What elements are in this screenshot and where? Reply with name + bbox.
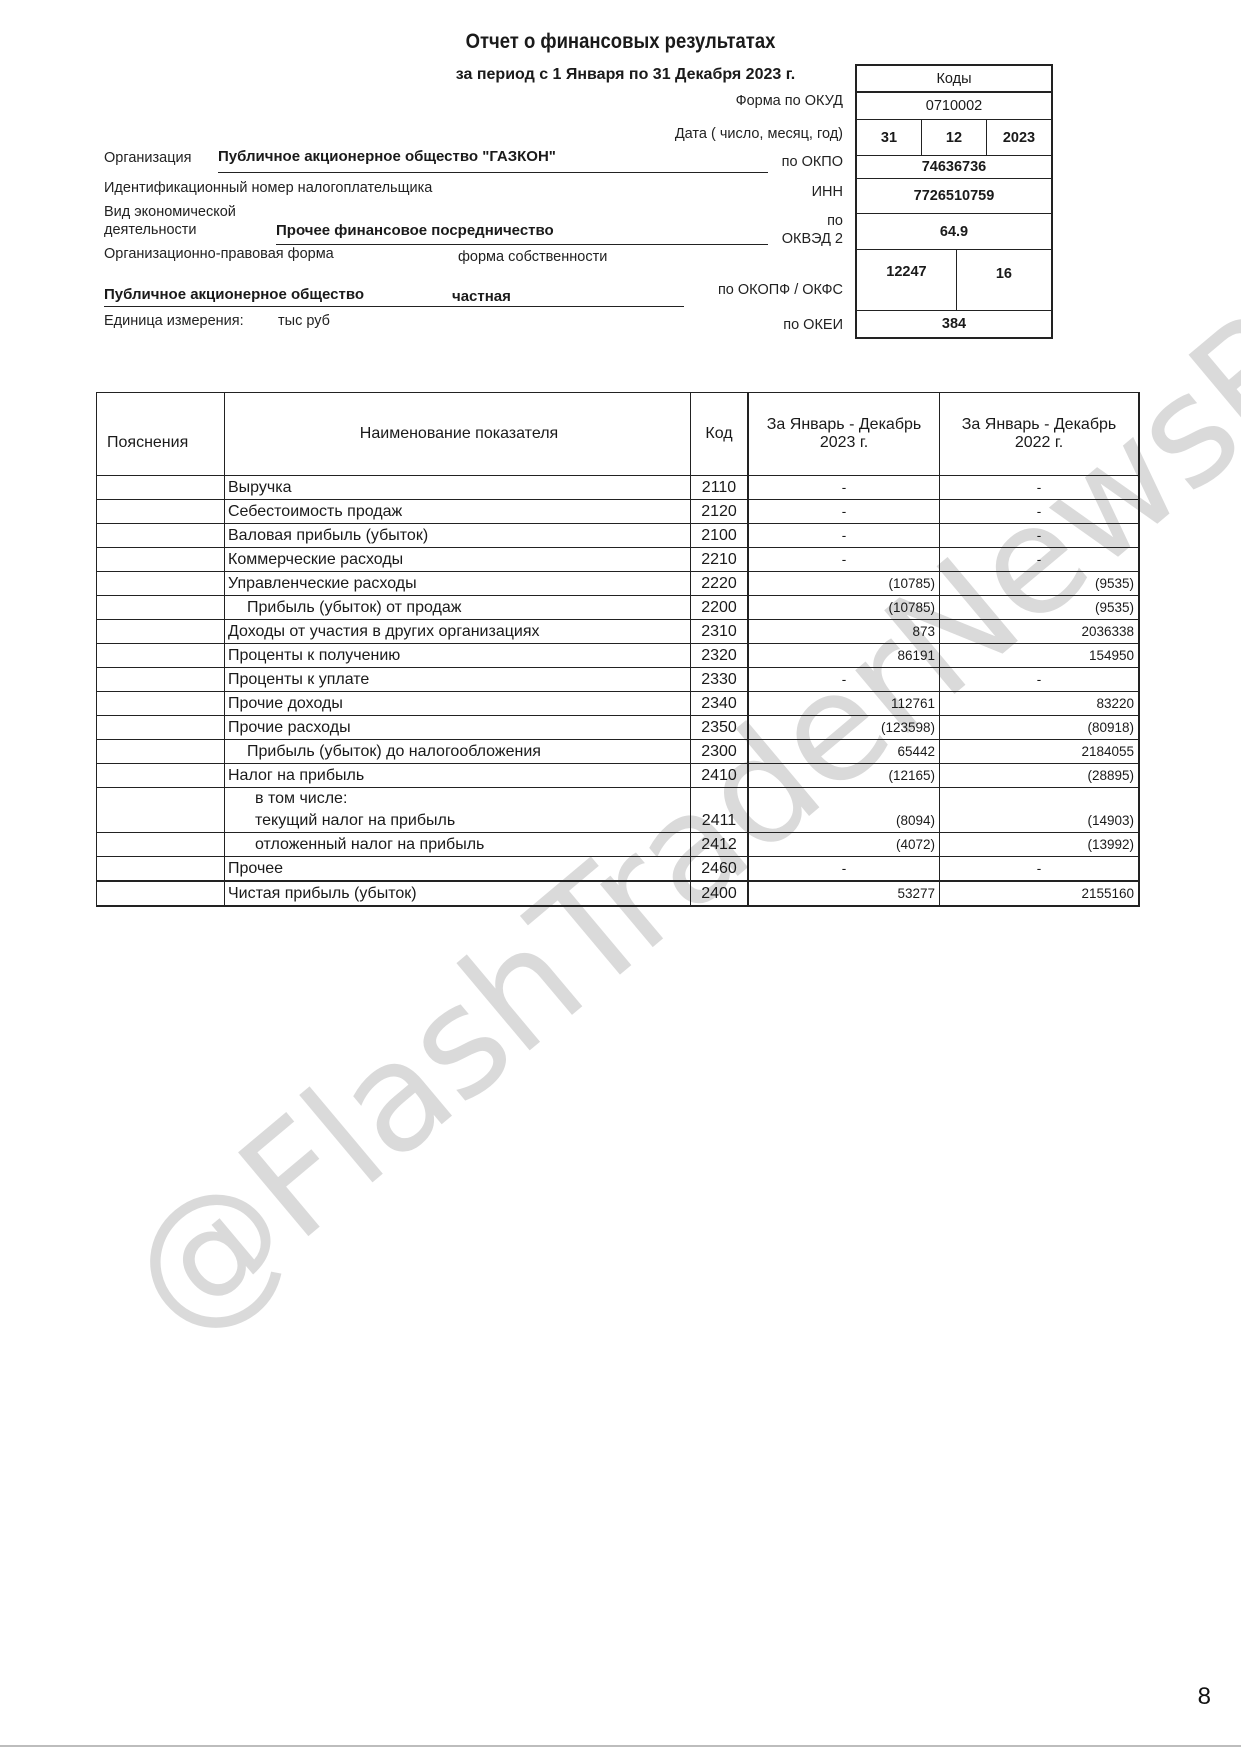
row-notes-cell <box>97 833 225 857</box>
inn-code: 7726510759 <box>857 179 1051 213</box>
row-indicator-name: Проценты к уплате <box>225 668 691 692</box>
row-indicator-name: Прочие расходы <box>225 716 691 740</box>
table-row: Прибыль (убыток) от продаж2200(10785)(95… <box>97 596 1140 620</box>
row-value-2022: - <box>940 857 1140 882</box>
row-value-2023: 112761 <box>748 692 940 716</box>
header-notes: Пояснения <box>97 393 225 476</box>
org-name: Публичное акционерное общество "ГАЗКОН" <box>218 148 556 165</box>
row-indicator-name: отложенный налог на прибыль <box>225 833 691 857</box>
table-row: Прочие расходы2350(123598)(80918) <box>97 716 1140 740</box>
row-value-2023: - <box>748 857 940 882</box>
okpo-label: по ОКПО <box>720 154 843 170</box>
row-notes-cell <box>97 881 225 906</box>
table-row: Проценты к получению232086191154950 <box>97 644 1140 668</box>
row-value-2023: (10785) <box>748 596 940 620</box>
row-notes-cell <box>97 668 225 692</box>
row-value-2023: - <box>748 524 940 548</box>
row-notes-cell <box>97 788 225 833</box>
header-period-2022: За Январь - Декабрь 2022 г. <box>940 393 1140 476</box>
header-name: Наименование показателя <box>225 393 691 476</box>
okved-code: 64.9 <box>857 214 1051 249</box>
row-code: 2460 <box>691 857 749 882</box>
row-indicator-name: Прибыль (убыток) от продаж <box>225 596 691 620</box>
row-code: 2220 <box>691 572 749 596</box>
row-indicator-name: Доходы от участия в других организациях <box>225 620 691 644</box>
okopf-code: 12247 <box>857 250 956 310</box>
row-name-prefix: в том числе: <box>255 788 690 810</box>
date-label: Дата ( число, месяц, год) <box>560 126 843 142</box>
row-value-2023: 53277 <box>748 881 940 906</box>
row-code: 2210 <box>691 548 749 572</box>
row-notes-cell <box>97 764 225 788</box>
row-notes-cell <box>97 857 225 882</box>
okei-code: 384 <box>857 311 1051 337</box>
row-code: 2340 <box>691 692 749 716</box>
row-indicator-name: Управленческие расходы <box>225 572 691 596</box>
row-notes-cell <box>97 524 225 548</box>
page-number: 8 <box>1198 1683 1211 1711</box>
table-row: в том числе:текущий налог на прибыль2411… <box>97 788 1140 833</box>
table-row: Себестоимость продаж2120-- <box>97 500 1140 524</box>
inn-label: ИНН <box>720 184 843 200</box>
row-code: 2300 <box>691 740 749 764</box>
header-period-2023: За Январь - Декабрь 2023 г. <box>748 393 940 476</box>
row-code: 2400 <box>691 881 749 906</box>
date-day: 31 <box>857 120 921 155</box>
row-code: 2100 <box>691 524 749 548</box>
table-row: Управленческие расходы2220(10785)(9535) <box>97 572 1140 596</box>
row-notes-cell <box>97 500 225 524</box>
row-name: текущий налог на прибыль <box>255 810 690 832</box>
row-value-2022: - <box>940 524 1140 548</box>
row-code: 2330 <box>691 668 749 692</box>
legal-form-value: Публичное акционерное общество <box>104 286 364 303</box>
row-value-2022: 154950 <box>940 644 1140 668</box>
row-value-2022: - <box>940 476 1140 500</box>
okved-label-2: ОКВЭД 2 <box>720 231 843 247</box>
row-value-2023: (123598) <box>748 716 940 740</box>
row-code: 2120 <box>691 500 749 524</box>
table-row: Прочее2460-- <box>97 857 1140 882</box>
unit-value: тыс руб <box>278 313 330 329</box>
row-value-2022: (9535) <box>940 572 1140 596</box>
okud-label: Форма по ОКУД <box>560 93 843 109</box>
row-indicator-name: Коммерческие расходы <box>225 548 691 572</box>
row-indicator-name: Себестоимость продаж <box>225 500 691 524</box>
table-row: Валовая прибыль (убыток)2100-- <box>97 524 1140 548</box>
row-notes-cell <box>97 548 225 572</box>
row-value-2023: - <box>748 548 940 572</box>
activity-label-1: Вид экономической <box>104 204 236 220</box>
row-notes-cell <box>97 596 225 620</box>
row-notes-cell <box>97 716 225 740</box>
row-value-2023: - <box>748 476 940 500</box>
unit-label: Единица измерения: <box>104 313 244 329</box>
table-row: Коммерческие расходы2210-- <box>97 548 1140 572</box>
table-row: Прибыль (убыток) до налогообложения23006… <box>97 740 1140 764</box>
okfs-code: 16 <box>956 250 1051 310</box>
row-value-2023: 86191 <box>748 644 940 668</box>
row-code: 2350 <box>691 716 749 740</box>
row-value-2022: 2184055 <box>940 740 1140 764</box>
ownership-value: частная <box>452 288 511 305</box>
row-value-2022: - <box>940 548 1140 572</box>
row-indicator-name: Прибыль (убыток) до налогообложения <box>225 740 691 764</box>
row-indicator-name: Выручка <box>225 476 691 500</box>
row-indicator-name: Чистая прибыль (убыток) <box>225 881 691 906</box>
activity-field: Прочее финансовое посредничество <box>276 222 768 245</box>
row-code: 2200 <box>691 596 749 620</box>
table-row: отложенный налог на прибыль2412(4072)(13… <box>97 833 1140 857</box>
page-bottom-edge <box>0 1745 1241 1747</box>
report-title: Отчет о финансовых результатах <box>74 30 1166 54</box>
row-code: 2412 <box>691 833 749 857</box>
row-value-2022: - <box>940 500 1140 524</box>
report-period: за период с 1 Января по 31 Декабря 2023 … <box>0 66 1241 84</box>
row-code: 2410 <box>691 764 749 788</box>
table-row: Налог на прибыль2410(12165)(28895) <box>97 764 1140 788</box>
okpo-code: 74636736 <box>857 156 1051 178</box>
row-value-2023: 65442 <box>748 740 940 764</box>
row-value-2022: (80918) <box>940 716 1140 740</box>
table-row: Доходы от участия в других организациях2… <box>97 620 1140 644</box>
row-value-2023: (8094) <box>748 788 940 833</box>
row-notes-cell <box>97 692 225 716</box>
row-indicator-name: Прочее <box>225 857 691 882</box>
table-header-row: Пояснения Наименование показателя Код За… <box>97 393 1140 476</box>
ownership-label: форма собственности <box>458 249 607 265</box>
financial-results-table: Пояснения Наименование показателя Код За… <box>96 392 1140 907</box>
codes-header: Коды <box>857 66 1051 91</box>
row-value-2023: (10785) <box>748 572 940 596</box>
row-notes-cell <box>97 740 225 764</box>
date-month: 12 <box>921 120 986 155</box>
inn-caption: Идентификационный номер налогоплательщик… <box>104 180 432 196</box>
row-value-2023: - <box>748 668 940 692</box>
row-indicator-name: Проценты к получению <box>225 644 691 668</box>
row-value-2022: (28895) <box>940 764 1140 788</box>
header-code: Код <box>691 393 749 476</box>
row-value-2022: 2036338 <box>940 620 1140 644</box>
row-notes-cell <box>97 620 225 644</box>
row-indicator-name: в том числе:текущий налог на прибыль <box>225 788 691 833</box>
row-value-2023: - <box>748 500 940 524</box>
row-indicator-name: Прочие доходы <box>225 692 691 716</box>
row-code: 2110 <box>691 476 749 500</box>
row-indicator-name: Налог на прибыль <box>225 764 691 788</box>
row-code: 2310 <box>691 620 749 644</box>
table-row: Проценты к уплате2330-- <box>97 668 1140 692</box>
row-notes-cell <box>97 476 225 500</box>
org-label: Организация <box>104 150 191 166</box>
legal-form-label: Организационно-правовая форма <box>104 246 334 262</box>
okei-label: по ОКЕИ <box>720 317 843 333</box>
codes-box: Коды 0710002 31 12 2023 74636736 7726510… <box>855 64 1053 339</box>
row-code: 2320 <box>691 644 749 668</box>
row-value-2022: (13992) <box>940 833 1140 857</box>
row-value-2023: 873 <box>748 620 940 644</box>
date-year: 2023 <box>986 120 1051 155</box>
row-value-2022: 83220 <box>940 692 1140 716</box>
org-field: Публичное акционерное общество "ГАЗКОН" <box>218 148 768 173</box>
okud-code: 0710002 <box>857 93 1051 119</box>
row-value-2023: (4072) <box>748 833 940 857</box>
table-row: Чистая прибыль (убыток)2400532772155160 <box>97 881 1140 906</box>
table-row: Прочие доходы234011276183220 <box>97 692 1140 716</box>
row-notes-cell <box>97 572 225 596</box>
table-row: Выручка2110-- <box>97 476 1140 500</box>
row-value-2022: - <box>940 668 1140 692</box>
row-value-2022: (14903) <box>940 788 1140 833</box>
row-value-2022: (9535) <box>940 596 1140 620</box>
row-indicator-name: Валовая прибыль (убыток) <box>225 524 691 548</box>
row-code: 2411 <box>691 788 749 833</box>
okopf-label: по ОКОПФ / ОКФС <box>660 282 843 298</box>
row-value-2023: (12165) <box>748 764 940 788</box>
activity-label-2: деятельности <box>104 222 197 238</box>
row-notes-cell <box>97 644 225 668</box>
table-body: Выручка2110--Себестоимость продаж2120--В… <box>97 476 1140 907</box>
row-value-2022: 2155160 <box>940 881 1140 906</box>
okved-label-1: по <box>720 213 843 229</box>
activity-value: Прочее финансовое посредничество <box>276 222 554 239</box>
